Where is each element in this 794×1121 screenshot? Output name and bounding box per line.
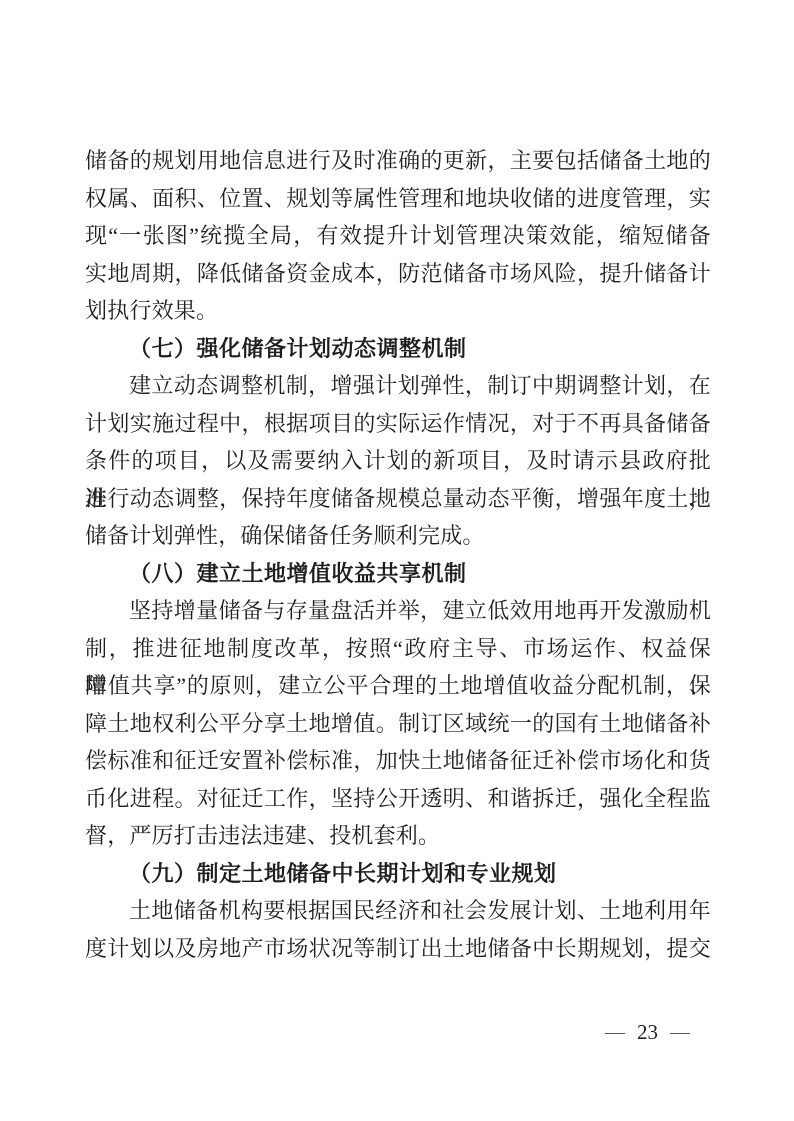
paragraph-line: 障土地权利公平分享土地增值。制订区域统一的国有土地储备补 xyxy=(85,705,711,743)
paragraph-line: 计划实施过程中，根据项目的实际运作情况，对于不再具备储备 xyxy=(85,405,711,443)
footer-right-dash: — xyxy=(670,1019,690,1045)
paragraph-line: 增值共享”的原则，建立公平合理的土地增值收益分配机制，保 xyxy=(85,667,711,705)
paragraph-line: 进行动态调整，保持年度储备规模总量动态平衡，增强年度土地 xyxy=(85,480,711,518)
paragraph-line: 储备计划弹性，确保储备任务顺利完成。 xyxy=(85,517,711,555)
paragraph-line: 划执行效果。 xyxy=(85,292,711,330)
paragraph-line: 权属、面积、位置、规划等属性管理和地块收储的进度管理，实 xyxy=(85,180,711,218)
paragraph-line: 实地周期，降低储备资金成本，防范储备市场风险，提升储备计 xyxy=(85,255,711,293)
paragraph-line: 现“一张图”统揽全局，有效提升计划管理决策效能，缩短储备 xyxy=(85,217,711,255)
paragraph-line: 条件的项目，以及需要纳入计划的新项目，及时请示县政府批准， xyxy=(85,442,711,480)
page-footer: — 23 — xyxy=(605,1019,690,1045)
paragraph-line: 储备的规划用地信息进行及时准确的更新，主要包括储备土地的 xyxy=(85,142,711,180)
page-number: 23 xyxy=(637,1019,658,1045)
document-body: 储备的规划用地信息进行及时准确的更新，主要包括储备土地的 权属、面积、位置、规划… xyxy=(85,142,711,967)
document-page: 储备的规划用地信息进行及时准确的更新，主要包括储备土地的 权属、面积、位置、规划… xyxy=(0,0,794,1121)
section-heading-7: （七）强化储备计划动态调整机制 xyxy=(85,330,711,368)
footer-left-dash: — xyxy=(605,1019,625,1045)
paragraph-line: 督，严厉打击违法违建、投机套利。 xyxy=(85,817,711,855)
paragraph-line: 制，推进征地制度改革，按照“政府主导、市场运作、权益保障、 xyxy=(85,630,711,668)
paragraph-line: 建立动态调整机制，增强计划弹性，制订中期调整计划，在 xyxy=(85,367,711,405)
section-heading-8: （八）建立土地增值收益共享机制 xyxy=(85,555,711,593)
section-heading-9: （九）制定土地储备中长期计划和专业规划 xyxy=(85,855,711,893)
paragraph-line: 土地储备机构要根据国民经济和社会发展计划、土地利用年 xyxy=(85,892,711,930)
paragraph-line: 坚持增量储备与存量盘活并举，建立低效用地再开发激励机 xyxy=(85,592,711,630)
paragraph-line: 度计划以及房地产市场状况等制订出土地储备中长期规划，提交 xyxy=(85,930,711,968)
paragraph-line: 偿标准和征迁安置补偿标准，加快土地储备征迁补偿市场化和货 xyxy=(85,742,711,780)
paragraph-line: 币化进程。对征迁工作，坚持公开透明、和谐拆迁，强化全程监 xyxy=(85,780,711,818)
